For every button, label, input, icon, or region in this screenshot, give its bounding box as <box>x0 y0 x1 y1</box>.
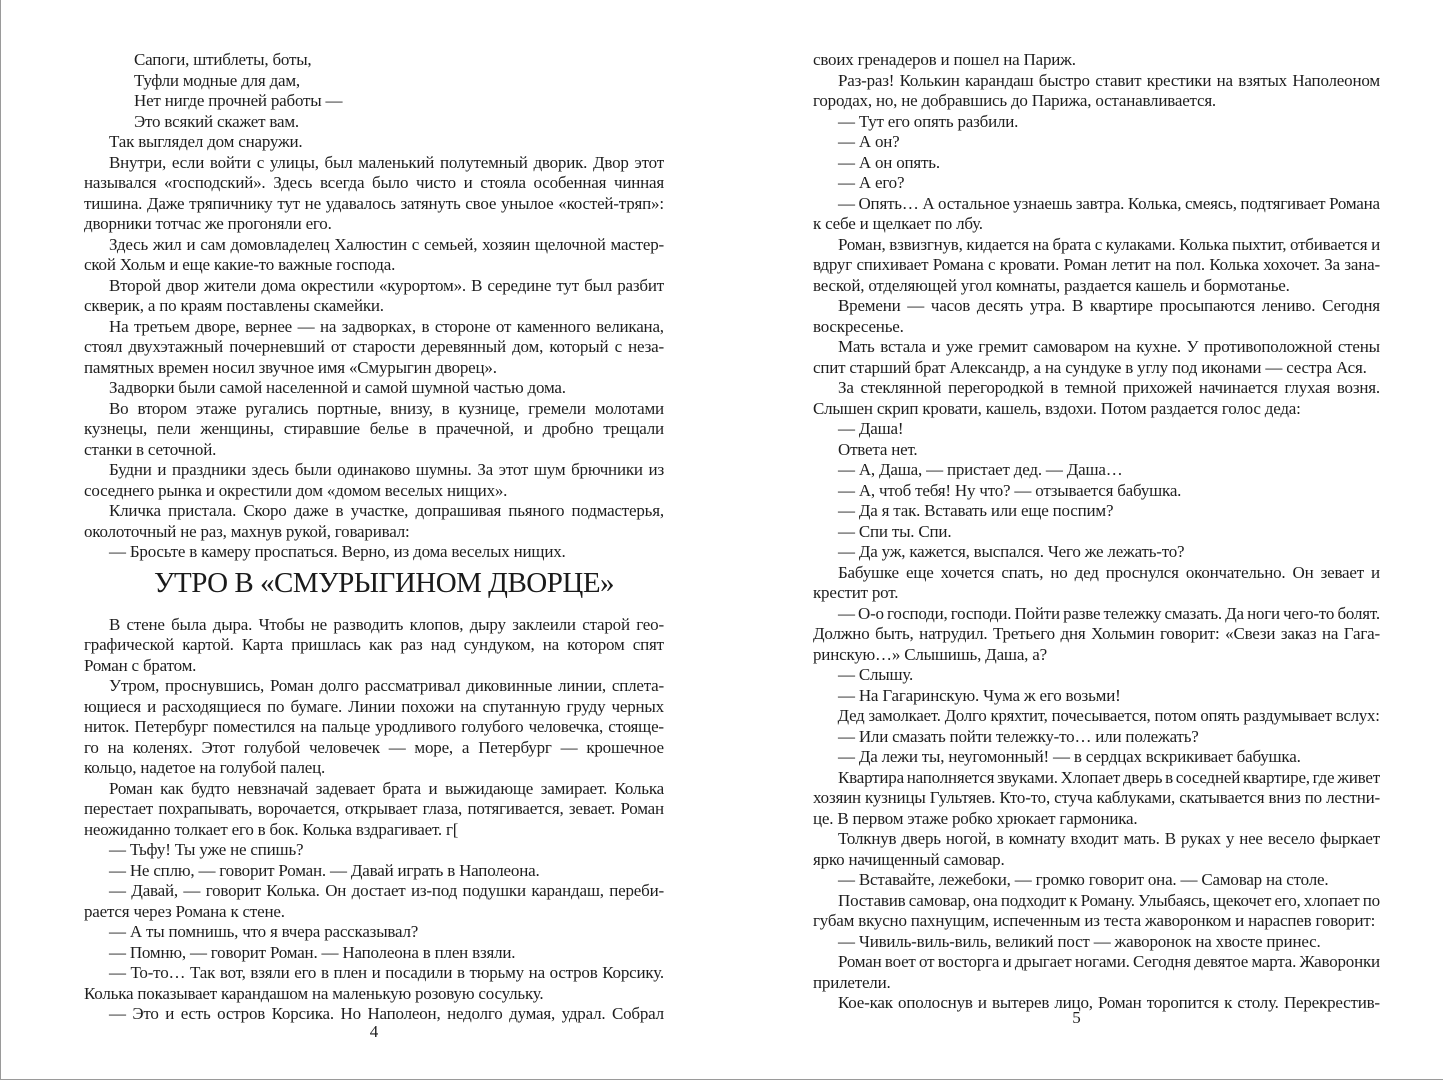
word: похрапывать, <box>158 799 252 820</box>
word: был <box>325 153 353 174</box>
word: дворик. <box>533 153 587 174</box>
word: «костей-тряп»: <box>558 194 664 215</box>
text-line: памятных времен носил звучное имя «Смуры… <box>84 358 664 379</box>
word: середине <box>487 276 551 297</box>
text-line: — Да уж, кажется, выспался. Чего же лежа… <box>813 542 1380 563</box>
word: на <box>108 738 124 759</box>
text-line: ринскую…» Слышишь, Даша, а? <box>813 645 1380 666</box>
text-line: — Да лежи ты, неугомонный! — в сердцах в… <box>813 747 1380 768</box>
word: глаза, <box>423 799 462 820</box>
word: сам <box>200 235 225 256</box>
word: удавалось <box>326 194 396 215</box>
word: к <box>1069 891 1077 912</box>
word: который <box>549 337 608 358</box>
text-line: — Да я так. Вставать или еще поспим? <box>813 501 1380 522</box>
paragraph: Внутри,есливойтисулицы,былмаленькийполут… <box>84 153 664 235</box>
word: уже <box>946 337 973 358</box>
word: замирает. <box>541 779 607 800</box>
text-line: скверик, а по краям поставлены скамейки. <box>84 296 664 317</box>
text-line: Толкнувдверьногой,вкомнатувходитмать.Вру… <box>813 829 1380 850</box>
word: прачечной, <box>436 419 514 440</box>
word: разводить <box>333 615 403 636</box>
word: голубой <box>244 738 300 759</box>
word: у <box>1226 829 1234 850</box>
paragraph: ЗдесьжилисамдомовладелецХалюстинссемьей,… <box>84 235 664 276</box>
word: воет <box>885 952 916 973</box>
word: этот <box>499 460 528 481</box>
word: и <box>1003 952 1012 973</box>
word: в <box>442 399 450 420</box>
word: стеклянной <box>860 378 941 399</box>
word: Роману. <box>1081 891 1135 912</box>
word: Жаворонки <box>1300 952 1380 973</box>
word: она <box>973 891 998 912</box>
word: Здесь <box>273 173 312 194</box>
word: на <box>1322 624 1338 645</box>
word: «господский». <box>164 173 265 194</box>
word: марта. <box>1251 952 1296 973</box>
text-line: —Давай,—говоритКолька.Ондостаетиз-подпод… <box>84 881 664 902</box>
word: За <box>477 460 493 481</box>
word: О-о <box>858 604 884 625</box>
paragraph: — А он? <box>813 132 1380 153</box>
paragraph: своих гренадеров и пошел на Париж. <box>813 50 1380 71</box>
word: вернее <box>245 317 292 338</box>
word: стиравшие <box>284 419 360 440</box>
word: котором <box>567 635 624 656</box>
word: Линии <box>348 697 395 718</box>
word: кузнецы, <box>84 419 147 440</box>
word: пели <box>157 419 190 440</box>
word: линии, <box>558 676 606 697</box>
verse-block: Сапоги, штиблеты, боты,Туфли модные для … <box>84 50 664 132</box>
word: щелочной <box>535 235 606 256</box>
paragraph: Кличкапристала.Скородажевучастке,допраши… <box>84 501 664 542</box>
paragraph: Бабушкеещехочетсяспать,нодедпроснулсяоко… <box>813 563 1380 604</box>
text-line: рается через Романа к стене. <box>84 902 664 923</box>
word: остров <box>550 963 598 984</box>
word: ющиеся <box>84 697 141 718</box>
text-line: Вовторомэтажеругалисьпортные,внизу,вкузн… <box>84 399 664 420</box>
word: На <box>109 317 128 338</box>
word: каменного <box>517 317 591 338</box>
word: Двор <box>593 153 629 174</box>
text-line: стоялдвухэтажныйпочерневшийотстаростидер… <box>84 337 664 358</box>
word: соседней <box>1176 768 1240 789</box>
text-line: — Слышу. <box>813 665 1380 686</box>
word: задворках, <box>342 317 416 338</box>
word: дворе, <box>195 317 239 338</box>
word: В <box>109 615 120 636</box>
paragraph: Второйдворжителидомаокрестили«курортом».… <box>84 276 664 317</box>
word: подушки <box>463 881 526 902</box>
word: и <box>1371 235 1380 256</box>
word: кулаками. <box>1106 235 1176 256</box>
word: затянуть <box>400 194 460 215</box>
word: Пойти <box>1014 604 1059 625</box>
word: — <box>298 317 315 338</box>
word: допрашивая <box>415 501 501 522</box>
book-page-right: своих гренадеров и пошел на Париж.Раз-ра… <box>813 0 1380 1080</box>
paragraph: Будниипраздникиздесьбылиодинаковошумны.З… <box>84 460 664 501</box>
text-line: Застекляннойперегородкойвтемнойприхожейн… <box>813 378 1380 399</box>
word: спят <box>633 635 664 656</box>
word: и <box>932 337 941 358</box>
text-line: гонаколенях.Этотголубойчеловечек—море,аП… <box>84 738 664 759</box>
word: Он <box>1293 563 1314 584</box>
word: утра. <box>1030 296 1065 317</box>
paragraph: Вовторомэтажеругалисьпортные,внизу,вкузн… <box>84 399 664 461</box>
word: тюрьму <box>470 963 524 984</box>
word: гремели <box>528 399 586 420</box>
text-line: Внутри,есливойтисулицы,былмаленькийполут… <box>84 153 664 174</box>
word: Романа <box>933 255 984 276</box>
word: этаже <box>196 399 237 420</box>
word: Квартира <box>838 768 904 789</box>
word: спутанную <box>483 697 561 718</box>
word: участке, <box>351 501 409 522</box>
text-line: —Опять…Аостальноеузнаешьзавтра.Колька,см… <box>813 194 1380 215</box>
word: с <box>412 235 419 256</box>
word: Халюстин <box>334 235 407 256</box>
text-line: к себе и щелкает по лбу. <box>813 214 1380 235</box>
word: рассматривал <box>365 676 461 697</box>
text-line: — Чивиль-виль-виль, великий пост — жавор… <box>813 932 1380 953</box>
text-line: Романкакбудтоневзначайзадеваетбратаивыжи… <box>84 779 664 800</box>
text-line: — Даша! <box>813 419 1380 440</box>
paragraph: Ответа нет. <box>813 440 1380 461</box>
text-line: — А, чтоб тебя! Ну что? — отзывается баб… <box>813 481 1380 502</box>
word: и <box>157 460 166 481</box>
word: выжидающе <box>445 779 533 800</box>
text-line: — Бросьте в камеру проспаться. Верно, из… <box>84 542 664 563</box>
word: звуками. <box>997 768 1058 789</box>
word: начинается <box>1199 378 1278 399</box>
word: Поставив <box>838 891 905 912</box>
text-line: губам вкусно пахнущим, испеченным из тес… <box>813 911 1380 932</box>
word: Внутри, <box>109 153 166 174</box>
text-line: Ответа нет. <box>813 440 1380 461</box>
word: Раз-раз! <box>838 71 894 92</box>
word: Хольмин <box>1091 624 1154 645</box>
word: брата <box>383 779 421 800</box>
word: почерневший <box>229 337 325 358</box>
word: тележку <box>1103 604 1161 625</box>
word: море, <box>414 738 453 759</box>
word: Даже <box>147 194 184 215</box>
word: пьяного <box>508 501 564 522</box>
word: крестики <box>1147 71 1212 92</box>
word: Кто-то, <box>999 788 1050 809</box>
word: Давай, <box>131 881 178 902</box>
text-line: Будниипраздникиздесьбылиодинаковошумны.З… <box>84 460 664 481</box>
word: дверь <box>901 829 940 850</box>
word: здесь <box>252 460 289 481</box>
word: потягивается, <box>467 799 563 820</box>
word: перегородкой <box>948 378 1044 399</box>
word: белье <box>370 419 409 440</box>
word: внизу, <box>390 399 432 420</box>
word: в <box>457 963 465 984</box>
word: «Свези <box>1225 624 1275 645</box>
word: задевает <box>316 779 375 800</box>
word: хозяин <box>813 788 861 809</box>
word: где <box>1313 768 1335 789</box>
word: с <box>1095 235 1102 256</box>
word: Улыбаясь, <box>1138 891 1210 912</box>
chapter-heading: УТРО В «СМУРЫГИНОМ ДВОРЦЕ» <box>94 567 674 599</box>
word: каблуками, <box>1097 788 1175 809</box>
text-line: — Вставайте, лежебоки, — громко говорит … <box>813 870 1380 891</box>
word: Роман <box>109 779 153 800</box>
word: портные, <box>317 399 381 420</box>
word: Здесь <box>109 235 148 256</box>
paragraph: — А, чтоб тебя! Ну что? — отзывается баб… <box>813 481 1380 502</box>
text-line: веской, отделяющей угол комнаты, раздает… <box>813 276 1380 297</box>
word: говорит <box>206 881 261 902</box>
word: сундуком, <box>464 635 535 656</box>
text-line: — Не сплю, — говорит Роман. — Давай игра… <box>84 861 664 882</box>
word: дома <box>261 276 295 297</box>
word: хлопает <box>1304 891 1360 912</box>
word: были <box>295 460 332 481</box>
text-line: Утром,проснувшись,Романдолгорассматривал… <box>84 676 664 697</box>
word: Он <box>325 881 346 902</box>
text-line: графическойкартой.Картапришласькакразнад… <box>84 635 664 656</box>
word: от <box>331 337 346 358</box>
word: — <box>838 604 855 625</box>
word: трещали <box>603 419 664 440</box>
word: по <box>1363 891 1380 912</box>
word: В <box>1072 296 1083 317</box>
word: Утром, <box>109 676 159 697</box>
word: квартире <box>1090 296 1153 317</box>
word: стоял <box>84 337 122 358</box>
paragraph: Утром,проснувшись,Романдолгорассматривал… <box>84 676 664 779</box>
word: стене <box>127 615 165 636</box>
word: Роман <box>620 799 664 820</box>
word: руках <box>1181 829 1221 850</box>
word: человечка, <box>529 717 603 738</box>
word: как <box>369 635 392 656</box>
word: в <box>336 501 344 522</box>
book-scan: Сапоги, штиблеты, боты,Туфли модные для … <box>0 0 1443 1080</box>
word: поместился <box>213 717 295 738</box>
paragraph: Встенебыладыра.Чтобынеразводитьклопов,ды… <box>84 615 664 677</box>
text-line: своих гренадеров и пошел на Париж. <box>813 50 1380 71</box>
paragraph: Квартиранаполняетсязвуками.Хлопаетдверьв… <box>813 768 1380 830</box>
text-line: Роман,взвизгнув,кидаетсянабратаскулаками… <box>813 235 1380 256</box>
word: девятое <box>1194 952 1248 973</box>
word: тряпичнику <box>189 194 272 215</box>
word: Во <box>109 399 128 420</box>
word: часов <box>931 296 970 317</box>
word: графической <box>84 635 174 656</box>
word: подтягивает <box>1240 194 1325 215</box>
word: спать, <box>1001 563 1043 584</box>
word: тут <box>277 194 300 215</box>
word: — <box>109 963 126 984</box>
word: перестает <box>84 799 153 820</box>
paragraph: — Или смазать пойти тележку-то… или поле… <box>813 727 1380 748</box>
text-line: — На Гагаринскую. Чума ж его возьми! <box>813 686 1380 707</box>
word: кровати. <box>1000 255 1059 276</box>
word: разбит <box>617 276 664 297</box>
word: Будни <box>109 460 152 481</box>
word: натрудил. <box>919 624 987 645</box>
word: Чтобы <box>259 615 305 636</box>
text-line: Это всякий скажет вам. <box>84 112 664 133</box>
word: спихивает <box>856 255 928 276</box>
page-number-left: 4 <box>84 1022 664 1042</box>
word: пристала. <box>168 501 236 522</box>
paragraph: Так выглядел дом снаружи. <box>84 132 664 153</box>
word: открывает <box>345 799 417 820</box>
word: будто <box>191 779 230 800</box>
text-line: —То-то…Таквот,взялиеговпленипосадиливтюр… <box>84 963 664 984</box>
text-line: — А его? <box>813 173 1380 194</box>
paragraph: Раз-раз!Колькинкарандашбыстроставиткрест… <box>813 71 1380 112</box>
word: и <box>186 235 195 256</box>
word: восторга <box>938 952 1000 973</box>
word: Романа <box>1329 194 1380 215</box>
word: господи. <box>951 604 1012 625</box>
word: противоположной <box>1204 337 1332 358</box>
text-line: прилетели. <box>813 973 1380 994</box>
word: назывался <box>84 173 156 194</box>
word: его <box>294 963 316 984</box>
text-line: ниток.Петербургпоместилсянапальцеуродлив… <box>84 717 664 738</box>
word: двухэтажный <box>128 337 223 358</box>
word: стены <box>1338 337 1380 358</box>
paragraph: — На Гагаринскую. Чума ж его возьми! <box>813 686 1380 707</box>
paragraph: — А он опять. <box>813 153 1380 174</box>
word: Третьего <box>993 624 1055 645</box>
word: был <box>584 276 612 297</box>
text-line: — Тут его опять разбили. <box>813 112 1380 133</box>
word: было <box>372 173 408 194</box>
word: нее <box>1239 829 1263 850</box>
book-page-left: Сапоги, штиблеты, боты,Туфли модные для … <box>84 0 664 1080</box>
text-line: Слышен скрип кровати, кашель, вздохи. По… <box>813 399 1380 420</box>
word: — <box>389 738 406 759</box>
word: Колька <box>1179 235 1228 256</box>
word: клопов, <box>410 615 464 636</box>
word: но <box>1050 563 1067 584</box>
word: третьем <box>134 317 190 338</box>
word: мать. <box>1123 829 1159 850</box>
word: пыхтит, <box>1232 235 1286 256</box>
word: завтра. <box>1076 194 1124 215</box>
word: на <box>460 697 476 718</box>
word: тишина. <box>84 194 142 215</box>
word: брючники <box>571 460 643 481</box>
word: молотами <box>595 399 664 420</box>
word: дом, <box>512 337 543 358</box>
word: комнату <box>1009 829 1066 850</box>
word: а <box>462 738 469 759</box>
word: ногами. <box>1075 952 1130 973</box>
word: Колька, <box>1128 194 1181 215</box>
text-line: кольцо, надетое на голубой палец. <box>84 758 664 779</box>
word: праздники <box>172 460 246 481</box>
word: зевает <box>1321 563 1364 584</box>
word: кухне. <box>1136 337 1181 358</box>
word: Колька <box>1209 255 1258 276</box>
paragraph: Натретьемдворе,вернее—назадворках,всторо… <box>84 317 664 379</box>
word: великана, <box>596 317 664 338</box>
text-line: неожиданно толкает его в бок. Колька взд… <box>84 820 664 841</box>
text-line: перестаетпохрапывать,ворочается,открывае… <box>84 799 664 820</box>
word: остальное <box>938 194 1010 215</box>
paragraph: —То-то…Таквот,взялиеговпленипосадиливтюр… <box>84 963 664 1004</box>
text-line: вдругспихиваетРоманаскровати.Романлетитн… <box>813 255 1380 276</box>
word: ставит <box>1095 71 1141 92</box>
word: похожи <box>401 697 454 718</box>
word: Должно <box>813 624 870 645</box>
word: мастер- <box>611 235 664 256</box>
word: если <box>172 153 204 174</box>
word: на <box>1155 255 1171 276</box>
text-line: ЗдесьжилисамдомовладелецХалюстинссемьей,… <box>84 235 664 256</box>
word: хохочет. <box>1263 255 1320 276</box>
word: даже <box>294 501 328 522</box>
word: разве <box>1063 604 1100 625</box>
word: говорит: <box>1160 624 1220 645</box>
text-line: — Или смазать пойти тележку-то… или поле… <box>813 727 1380 748</box>
word: стороне <box>435 317 491 338</box>
text-line: — Спи ты. Спи. <box>813 522 1380 543</box>
word: и <box>524 419 533 440</box>
text-line: станки в сеточной. <box>84 440 664 461</box>
text-line: Матьвсталаиужегремитсамоваромнакухне.Упр… <box>813 337 1380 358</box>
word: унылое <box>501 194 554 215</box>
text-line: —О-огосподи,господи.Пойтиразветележкусма… <box>813 604 1380 625</box>
word: от <box>496 317 511 338</box>
word: Этот <box>201 738 234 759</box>
text-line: — А ты помнишь, что я вчера рассказывал? <box>84 922 664 943</box>
word: Колькин <box>900 71 960 92</box>
word: маленький <box>358 153 434 174</box>
text-line: Поставивсамовар,онаподходиткРоману.Улыба… <box>813 891 1380 912</box>
word: Роман <box>270 676 314 697</box>
paragraph: — Не сплю, — говорит Роман. — Давай игра… <box>84 861 664 882</box>
word: Гультяев. <box>930 788 996 809</box>
text-line: — А он опять. <box>813 153 1380 174</box>
word: зевает. <box>569 799 615 820</box>
paragraph: — Да уж, кажется, выспался. Чего же лежа… <box>813 542 1380 563</box>
paragraph: Времени—часовдесятьутра.Вквартирепросыпа… <box>813 296 1380 337</box>
word: ворочается, <box>258 799 340 820</box>
word: диковинные <box>466 676 552 697</box>
word: окончательно. <box>1186 563 1286 584</box>
paragraph: Дед замолкает. Долго кряхтит, почесывает… <box>813 706 1380 727</box>
text-line: Бабушкеещехочетсяспать,нодедпроснулсяоко… <box>813 563 1380 584</box>
text-line: Кличкапристала.Скородажевучастке,допраши… <box>84 501 664 522</box>
word: А <box>922 194 934 215</box>
word: чего-то <box>1283 604 1334 625</box>
text-line: — Помню, — говорит Роман. — Наполеона в … <box>84 943 664 964</box>
text-line: соседнего рынка и окрестили дом «домом в… <box>84 481 664 502</box>
word: Бабушке <box>838 563 899 584</box>
word: кузнице, <box>458 399 519 420</box>
word: шум <box>534 460 566 481</box>
paragraph: — Да лежи ты, неугомонный! — в сердцах в… <box>813 747 1380 768</box>
word: взяли <box>250 963 289 984</box>
word: улицы, <box>270 153 319 174</box>
word: лениво. <box>1262 296 1316 317</box>
text-line: спит старший брат Александр, а на сундук… <box>813 358 1380 379</box>
